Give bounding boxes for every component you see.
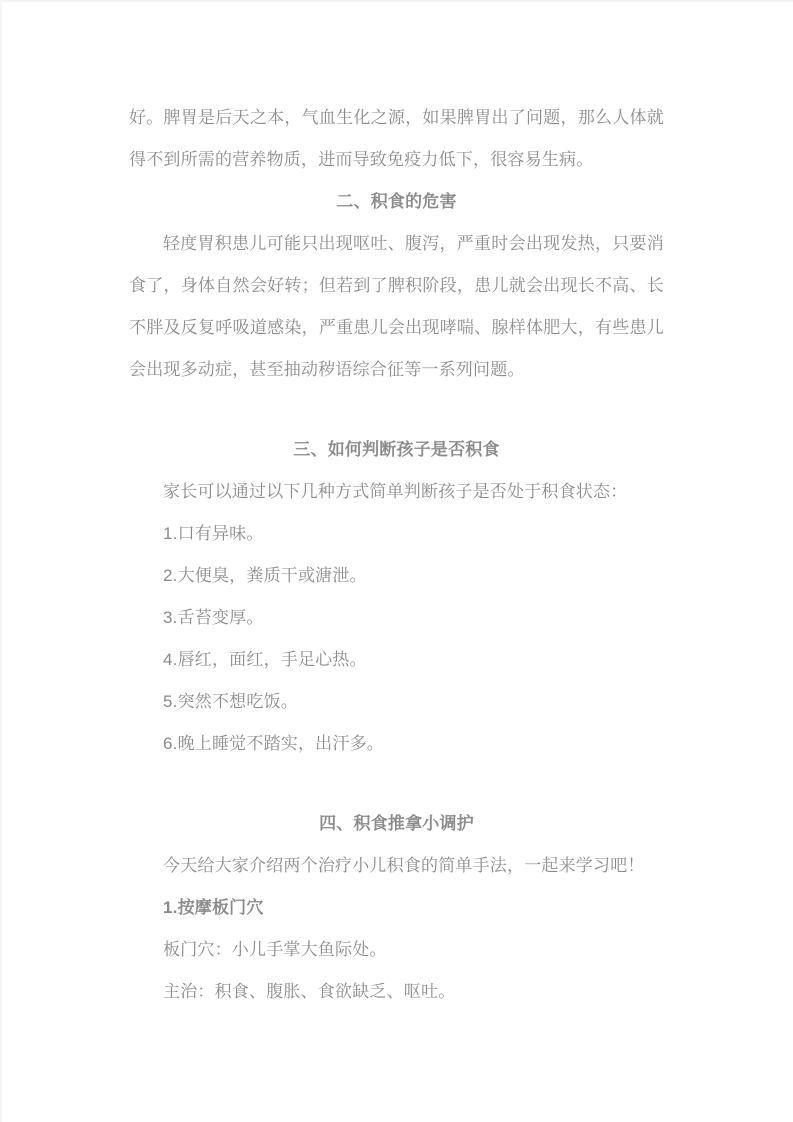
section-heading-4-massage-care: 四、积食推拿小调护 <box>129 803 664 845</box>
page-left-edge-line <box>0 0 2 1122</box>
section-heading-2-harm-of-food-accumulation: 二、积食的危害 <box>129 181 664 223</box>
list-item-1-bad-breath: 1.口有异味。 <box>129 513 664 555</box>
document-page: 好。脾胃是后天之本，气血生化之源，如果脾胃出了问题，那么人体就得不到所需的营养物… <box>0 0 793 1122</box>
paragraph-spleen-stomach-continuation: 好。脾胃是后天之本，气血生化之源，如果脾胃出了问题，那么人体就得不到所需的营养物… <box>129 97 664 181</box>
paragraph-massage-intro: 今天给大家介绍两个治疗小儿积食的简单手法，一起来学习吧！ <box>129 845 664 887</box>
paragraph-banmen-indications: 主治：积食、腹胀、食欲缺乏、呕吐。 <box>129 971 664 1013</box>
list-item-4-red-lips-face: 4.唇红，面红，手足心热。 <box>129 639 664 681</box>
section-heading-3-how-to-judge: 三、如何判断孩子是否积食 <box>129 429 664 471</box>
paragraph-judge-intro: 家长可以通过以下几种方式简单判断孩子是否处于积食状态： <box>129 471 664 513</box>
subheading-banmen-point-massage: 1.按摩板门穴 <box>129 887 664 929</box>
list-item-2-stool: 2.大便臭，粪质干或溏泄。 <box>129 555 664 597</box>
document-body: 好。脾胃是后天之本，气血生化之源，如果脾胃出了问题，那么人体就得不到所需的营养物… <box>129 97 664 1013</box>
list-item-5-no-appetite: 5.突然不想吃饭。 <box>129 681 664 723</box>
list-item-3-tongue-coating: 3.舌苔变厚。 <box>129 597 664 639</box>
paragraph-harm-description: 轻度胃积患儿可能只出现呕吐、腹泻，严重时会出现发热，只要消食了，身体自然会好转；… <box>129 223 664 391</box>
list-item-6-restless-sleep: 6.晚上睡觉不踏实，出汗多。 <box>129 723 664 765</box>
paragraph-banmen-location: 板门穴：小儿手掌大鱼际处。 <box>129 929 664 971</box>
page-top-edge-line <box>0 0 793 2</box>
